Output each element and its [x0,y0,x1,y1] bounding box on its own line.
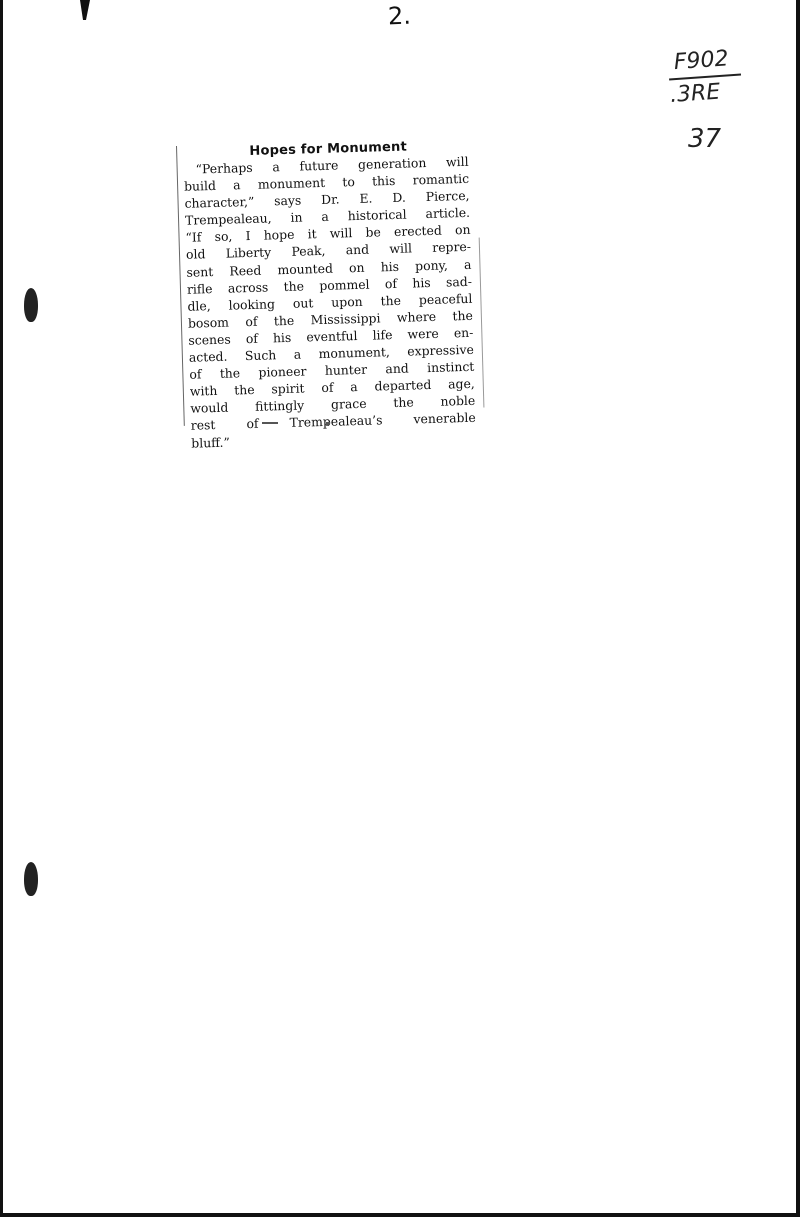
punch-hole-icon [24,862,38,896]
scan-bottom-edge [0,1213,800,1217]
page-number: 2. [388,2,412,31]
scan-left-edge [0,0,3,1217]
clipping-end-marks [262,422,332,428]
scan-top-mark [80,0,90,20]
article-body: “Perhaps a future generation will build … [183,153,476,451]
catalog-line-2: .3RE [667,75,759,111]
catalog-line-3: 37 [668,124,758,154]
scan-right-edge [796,0,800,1217]
newspaper-clipping: Hopes for Monument “Perhaps a future gen… [176,138,481,426]
catalog-line-1: F902 [667,44,741,81]
punch-hole-icon [24,288,38,322]
handwritten-catalog-number: F902 .3RE 37 [668,46,758,154]
